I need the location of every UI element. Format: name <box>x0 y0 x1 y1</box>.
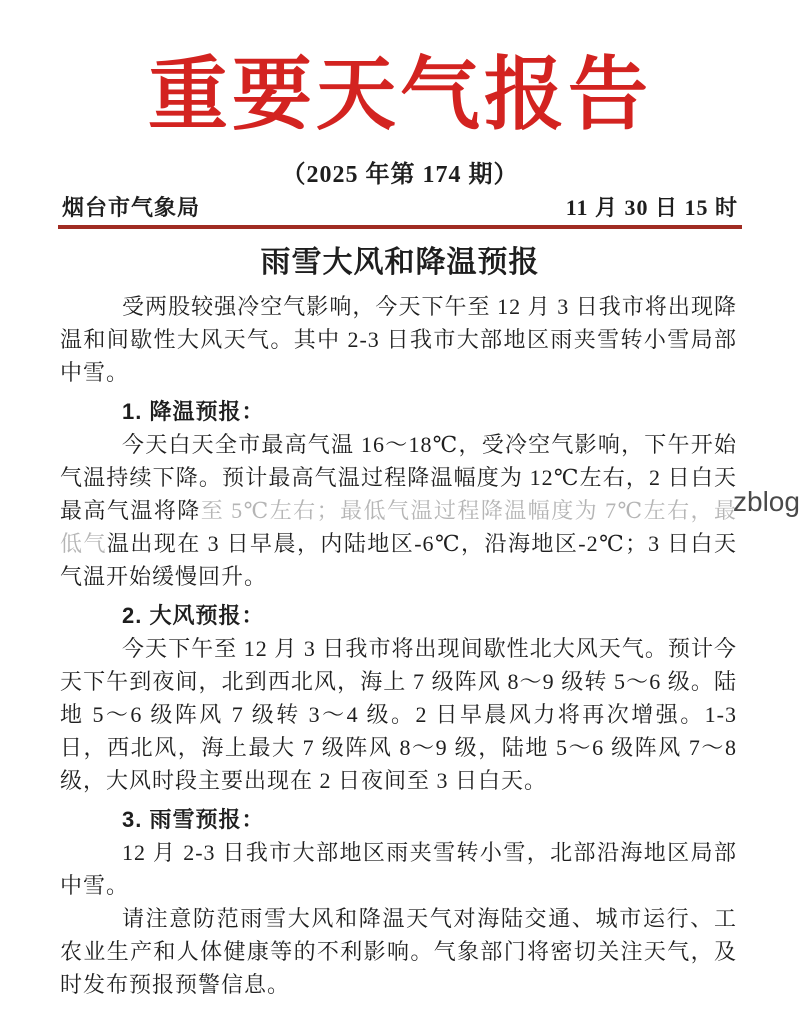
agency-name: 烟台市气象局 <box>62 194 200 222</box>
section-heading: 3. 雨雪预报： <box>60 803 737 836</box>
report-title: 重要天气报告 <box>0 52 800 140</box>
text-segment: 今天下午至 12 月 3 日我市将出现间歇性北大风天气。预计今天下午到夜间，北到… <box>60 636 737 793</box>
text-segment: 受两股较强冷空气影响，今天下午至 12 月 3 日我市将出现降温和间歇性大风天气… <box>60 294 737 385</box>
report-datetime: 11 月 30 日 15 时 <box>566 194 738 222</box>
text-segment: 12 月 2-3 日我市大部地区雨夹雪转小雪，北部沿海地区局部中雪。 <box>60 840 737 898</box>
section-heading: 1. 降温预报： <box>60 395 737 428</box>
masthead: 烟台市气象局 11 月 30 日 15 时 <box>62 194 738 222</box>
text-segment: 温出现在 3 日早晨，内陆地区-6℃，沿海地区-2℃；3 日白天气温开始缓慢回升… <box>60 531 737 589</box>
watermark: zblog <box>733 487 800 517</box>
section-heading: 2. 大风预报： <box>60 599 737 632</box>
text-segment: 请注意防范雨雪大风和降温天气对海陆交通、城市运行、工农业生产和人体健康等的不利影… <box>60 906 737 997</box>
body-paragraph: 受两股较强冷空气影响，今天下午至 12 月 3 日我市将出现降温和间歇性大风天气… <box>60 290 737 389</box>
masthead-divider <box>58 225 742 229</box>
body-paragraph: 请注意防范雨雪大风和降温天气对海陆交通、城市运行、工农业生产和人体健康等的不利影… <box>60 902 737 1001</box>
forecast-heading: 雨雪大风和降温预报 <box>0 246 800 280</box>
report-body: 受两股较强冷空气影响，今天下午至 12 月 3 日我市将出现降温和间歇性大风天气… <box>60 290 737 1001</box>
issue-number: （2025 年第 174 期） <box>0 160 800 190</box>
body-paragraph: 今天白天全市最高气温 16～18℃，受冷空气影响，下午开始气温持续下降。预计最高… <box>60 428 737 593</box>
text-segment: 3. 雨雪预报： <box>122 807 264 832</box>
weather-report-document: 重要天气报告 （2025 年第 174 期） 烟台市气象局 11 月 30 日 … <box>0 0 800 1009</box>
body-paragraph: 12 月 2-3 日我市大部地区雨夹雪转小雪，北部沿海地区局部中雪。 <box>60 836 737 902</box>
body-paragraph: 今天下午至 12 月 3 日我市将出现间歇性北大风天气。预计今天下午到夜间，北到… <box>60 632 737 797</box>
text-segment: 2. 大风预报： <box>122 603 264 628</box>
text-segment: 1. 降温预报： <box>122 399 264 424</box>
